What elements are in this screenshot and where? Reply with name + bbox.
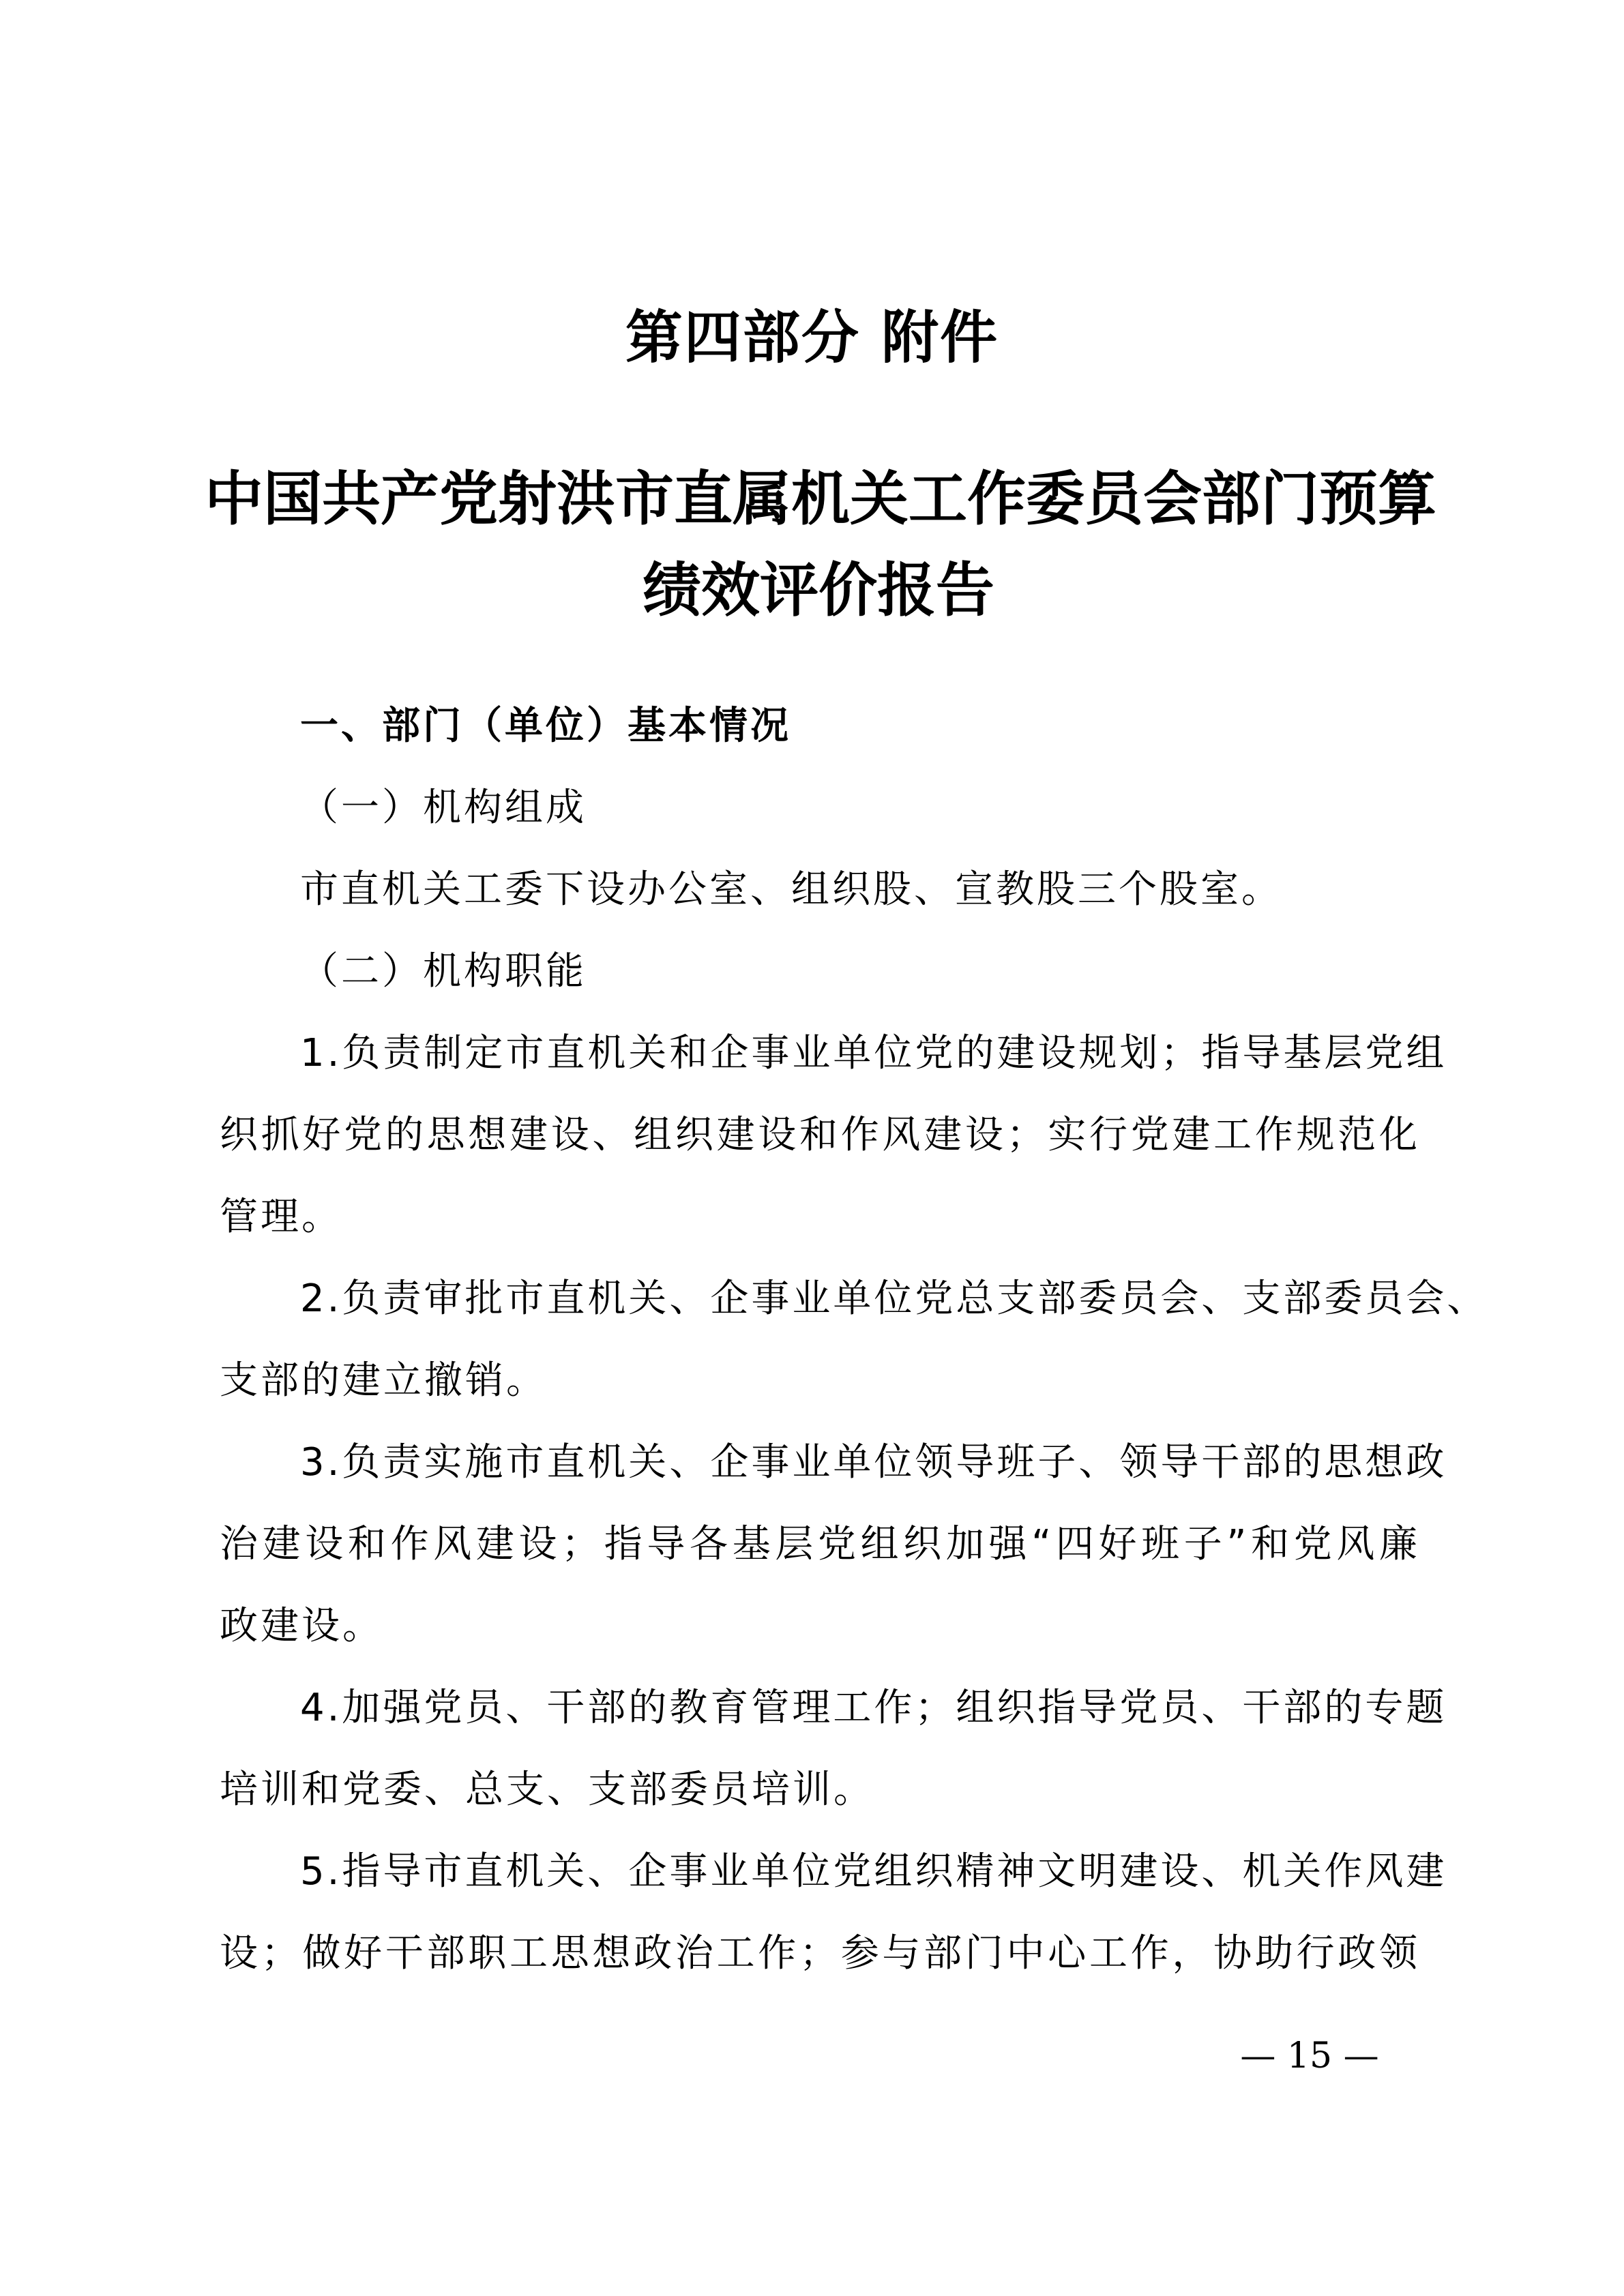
function-item-line: 政建设。 — [220, 1585, 1420, 1667]
document-body: 一、部门（单位）基本情况 （一）机构组成 市直机关工委下设办公室、组织股、宣教股… — [220, 685, 1420, 1995]
document-page: 第四部分 附件 中国共产党射洪市直属机关工作委员会部门预算 绩效评价报告 一、部… — [0, 0, 1624, 2296]
report-title: 中国共产党射洪市直属机关工作委员会部门预算 绩效评价报告 — [205, 453, 1432, 636]
section-heading-basic-info: 一、部门（单位）基本情况 — [220, 685, 1420, 767]
subsection-heading-functions: （二）机构职能 — [220, 931, 1420, 1013]
function-item-4: 4.加强党员、干部的教育管理工作；组织指导党员、干部的专题 培训和党委、总支、支… — [220, 1667, 1420, 1831]
function-item-3: 3.负责实施市直机关、企事业单位领导班子、领导干部的思想政 治建设和作风建设；指… — [220, 1422, 1420, 1667]
function-item-line: 4.加强党员、干部的教育管理工作；组织指导党员、干部的专题 — [220, 1667, 1420, 1749]
function-item-line: 3.负责实施市直机关、企事业单位领导班子、领导干部的思想政 — [220, 1422, 1420, 1504]
function-item-1: 1.负责制定市直机关和企事业单位党的建设规划；指导基层党组 织抓好党的思想建设、… — [220, 1013, 1420, 1258]
function-item-line: 1.负责制定市直机关和企事业单位党的建设规划；指导基层党组 — [220, 1013, 1420, 1094]
function-item-line: 2.负责审批市直机关、企事业单位党总支部委员会、支部委员会、 — [220, 1258, 1420, 1340]
page-number: — 15 — — [1228, 2036, 1391, 2076]
function-item-line: 培训和党委、总支、支部委员培训。 — [220, 1749, 1420, 1831]
function-item-line: 5.指导市直机关、企事业单位党组织精神文明建设、机关作风建 — [220, 1831, 1420, 1913]
subsection-heading-organization: （一）机构组成 — [220, 767, 1420, 849]
function-item-line: 管理。 — [220, 1176, 1420, 1258]
function-item-line: 治建设和作风建设；指导各基层党组织加强“四好班子”和党风廉 — [220, 1504, 1420, 1585]
paragraph-organization: 市直机关工委下设办公室、组织股、宣教股三个股室。 — [220, 849, 1420, 931]
part-title: 第四部分 附件 — [0, 300, 1624, 375]
function-item-line: 织抓好党的思想建设、组织建设和作风建设；实行党建工作规范化 — [220, 1094, 1420, 1176]
report-title-line-1: 中国共产党射洪市直属机关工作委员会部门预算 — [205, 453, 1432, 545]
function-item-line: 设；做好干部职工思想政治工作；参与部门中心工作，协助行政领 — [220, 1913, 1420, 1995]
function-item-2: 2.负责审批市直机关、企事业单位党总支部委员会、支部委员会、 支部的建立撤销。 — [220, 1258, 1420, 1422]
function-item-line: 支部的建立撤销。 — [220, 1340, 1420, 1422]
function-item-5: 5.指导市直机关、企事业单位党组织精神文明建设、机关作风建 设；做好干部职工思想… — [220, 1831, 1420, 1995]
report-title-line-2: 绩效评价报告 — [205, 545, 1432, 636]
